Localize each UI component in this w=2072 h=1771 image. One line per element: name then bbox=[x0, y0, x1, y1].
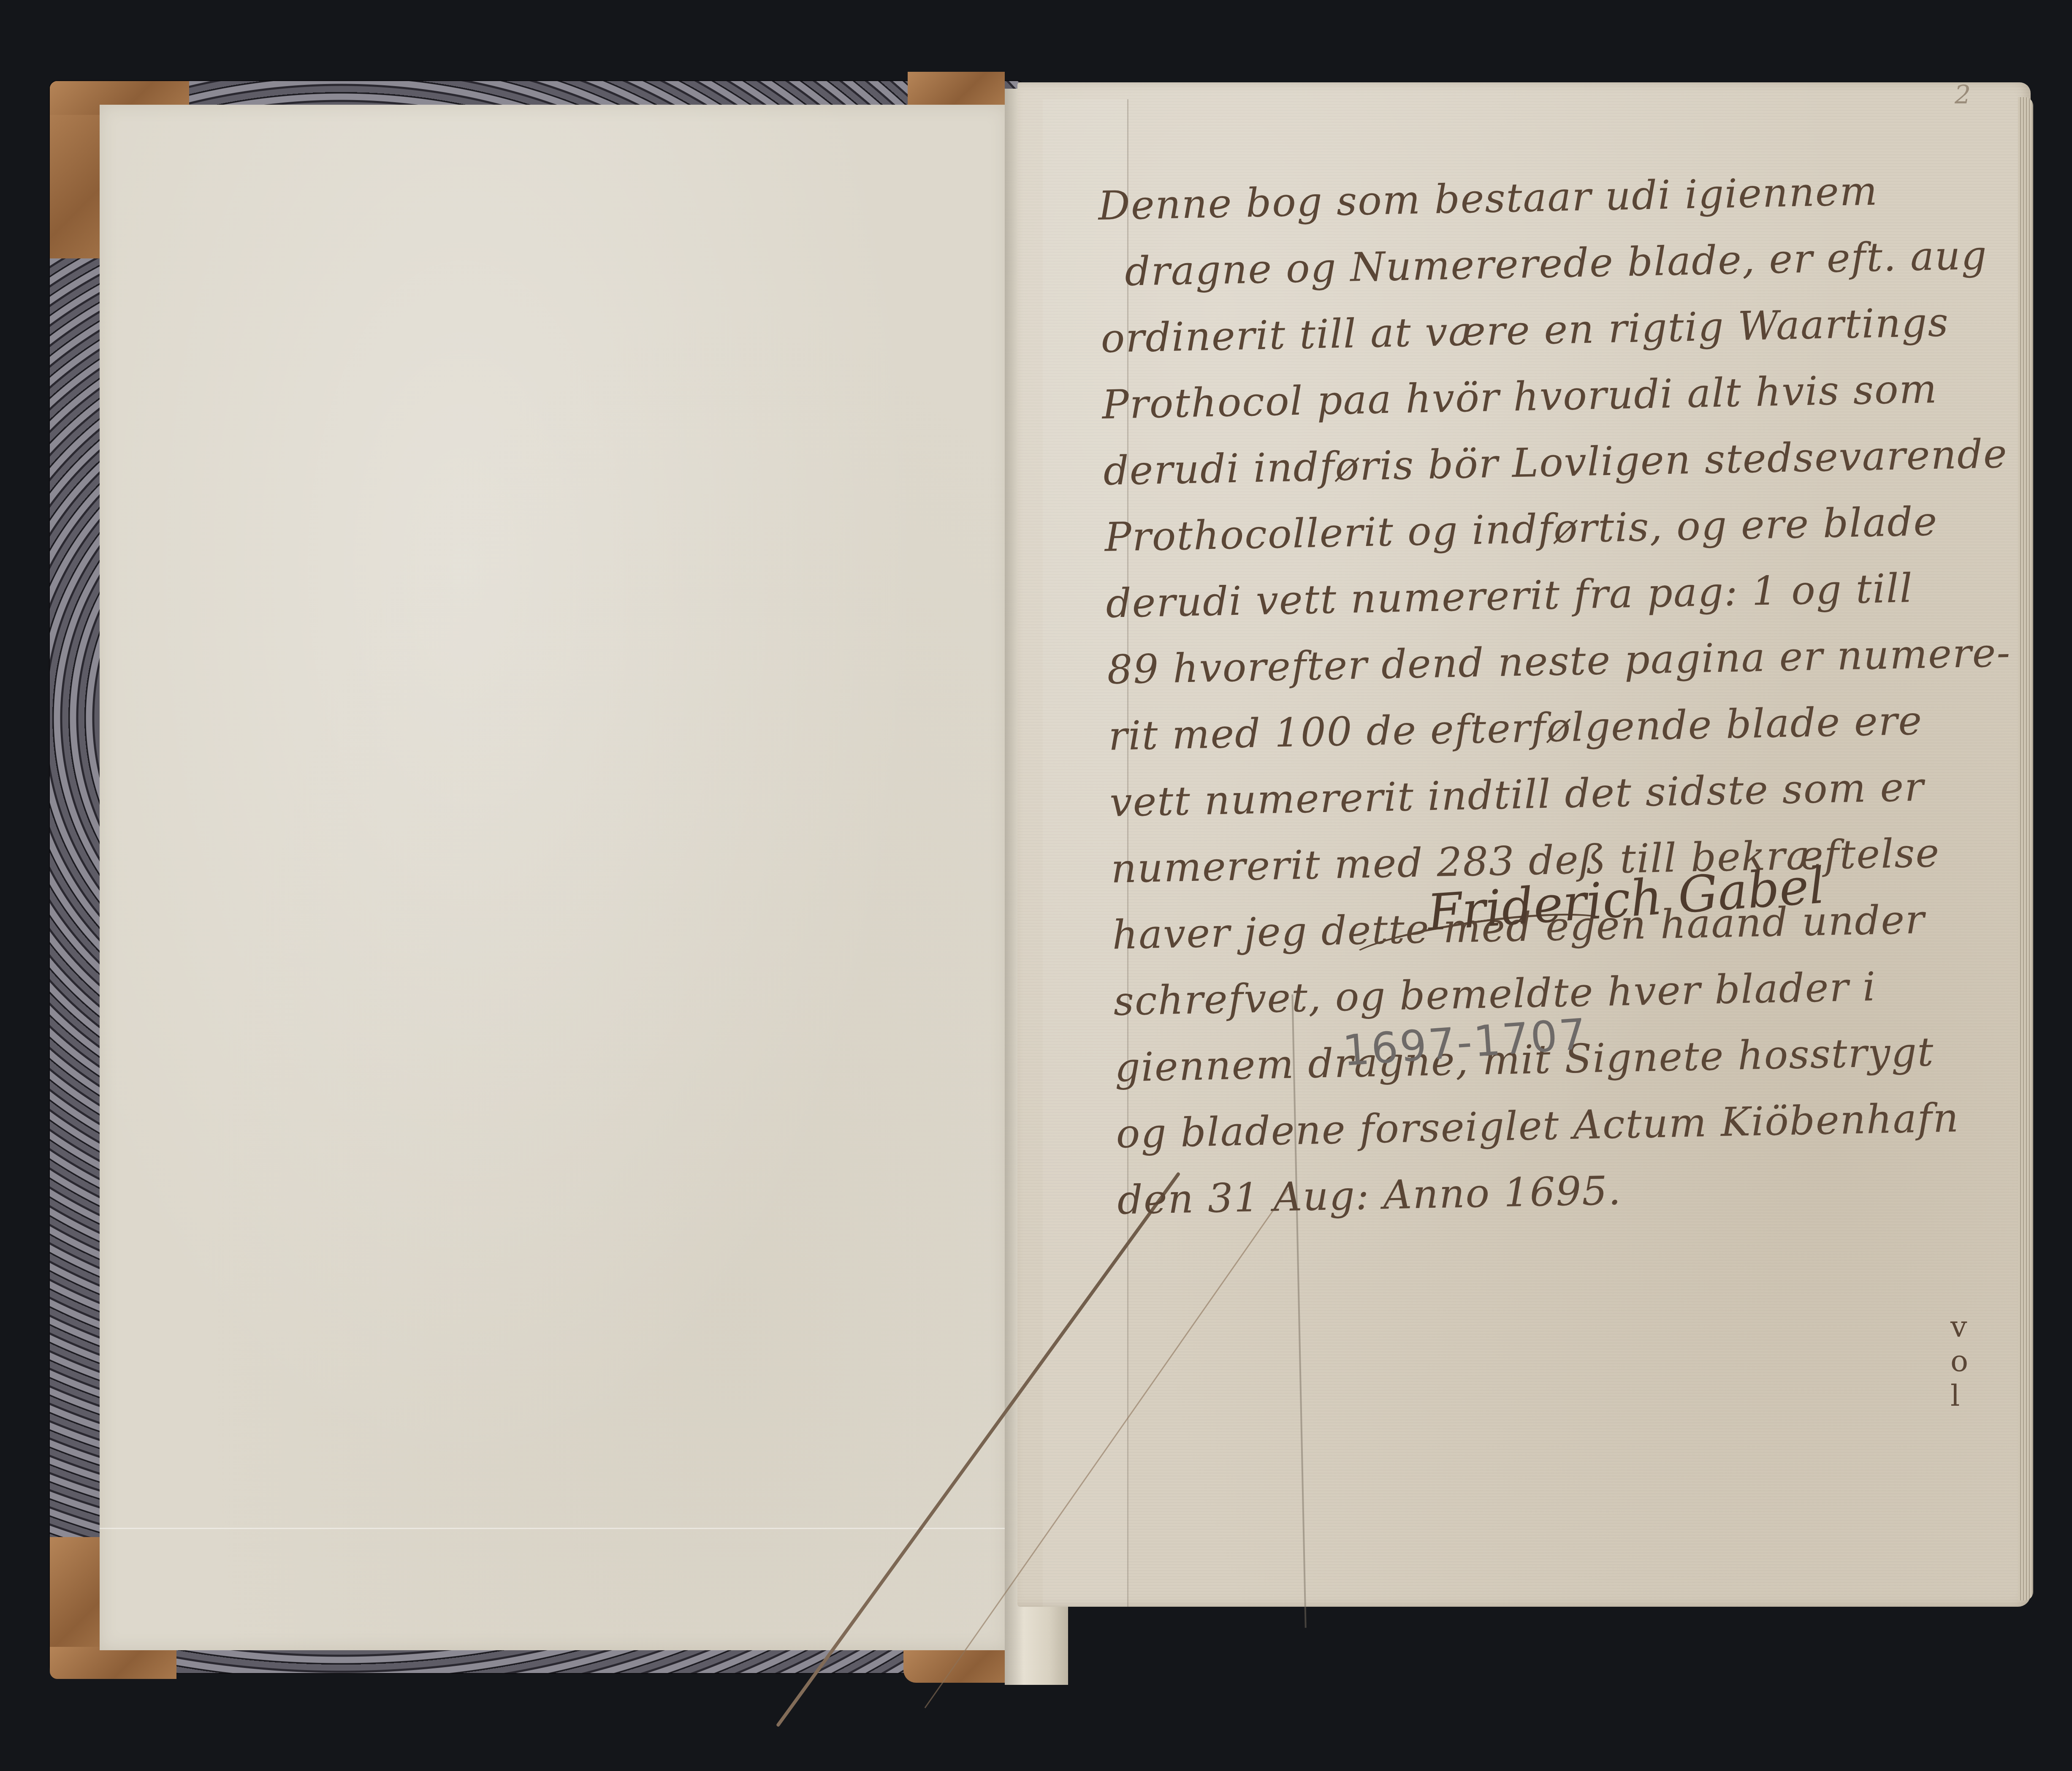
corner-page-mark: 2 bbox=[1955, 80, 1971, 110]
leather-spine-top bbox=[908, 72, 1005, 106]
paper-crease bbox=[100, 1528, 1007, 1529]
margin-mark: l bbox=[1950, 1378, 1968, 1413]
leather-corner-bottom-left-edge bbox=[50, 1647, 176, 1679]
margin-mark: v bbox=[1950, 1309, 1968, 1344]
leather-spine-bottom bbox=[903, 1649, 1017, 1683]
manuscript-text: Denne bog som bestaar udi igiennem dragn… bbox=[1098, 156, 2026, 1234]
margin-marks: v o l bbox=[1950, 1309, 1968, 1413]
left-pastedown-page bbox=[100, 105, 1007, 1650]
margin-mark: o bbox=[1950, 1344, 1968, 1378]
page-block-edges bbox=[2018, 97, 2033, 1600]
